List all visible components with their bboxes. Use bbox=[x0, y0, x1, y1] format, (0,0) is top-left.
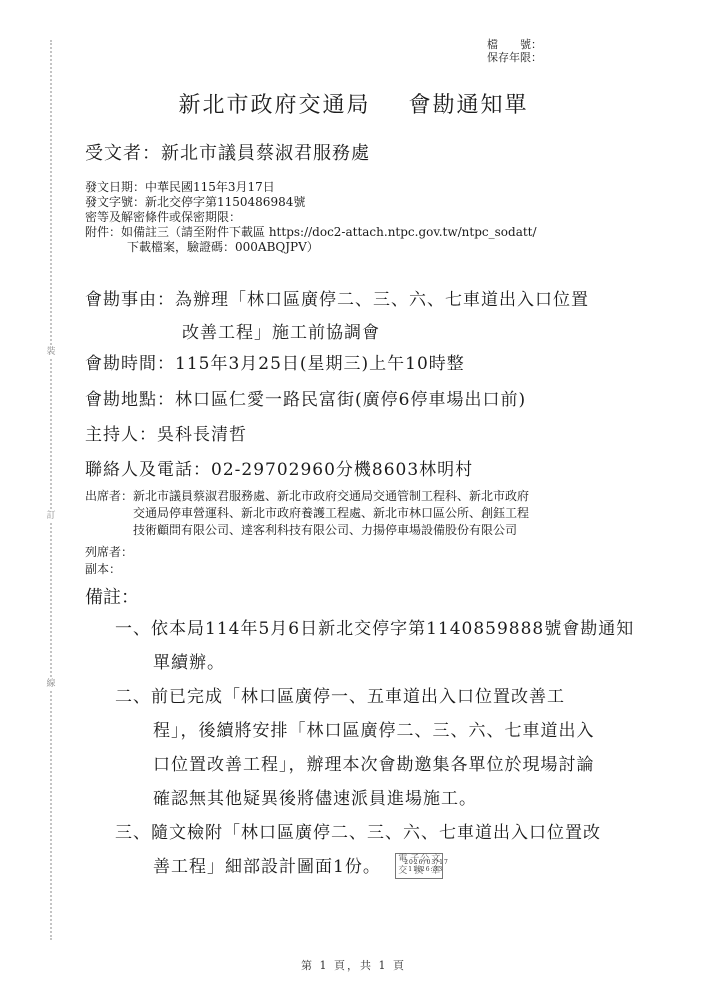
note-3-line-2: 善工程」細部設計圖面1份。 bbox=[153, 857, 381, 877]
attendees: 出席者： 新北市議員蔡淑君服務處、新北市政府交通局交通管制工程科、新北市政府 交… bbox=[85, 488, 625, 539]
inspection-location: 會勘地點：林口區仁愛一路民富街(廣停6停車場出口前) bbox=[85, 385, 526, 410]
note-item-2: 二、前已完成「林口區廣停一、五車道出入口位置改善工 程」，後續將安排「林口區廣停… bbox=[115, 680, 635, 816]
note-item-3: 三、隨文檢附「林口區廣停二、三、六、七車道出入口位置改 善工程」細部設計圖面1份… bbox=[115, 816, 635, 884]
contact: 聯絡人及電話：02-29702960分機8603林明村 bbox=[85, 455, 473, 480]
observers-label: 列席者： bbox=[85, 543, 133, 560]
subject-line-2: 改善工程」施工前協調會 bbox=[85, 318, 589, 343]
attendees-line-2: 交通局停車營運科、新北市政府養護工程處、新北市林口區公所、創鈺工程 bbox=[133, 505, 625, 522]
attachment-line-1: 附件：如備註三（請至附件下載區 https://doc2-attach.ntpc… bbox=[85, 225, 537, 240]
document-title: 新北市政府交通局會勘通知單 bbox=[0, 88, 707, 119]
note-2-line-4: 確認無其他疑異後將儘速派員進場施工。 bbox=[115, 782, 635, 816]
archive-info: 檔 號： 保存年限： bbox=[487, 38, 542, 64]
attachment-line-2: 下載檔案，驗證碼：000ABQJPV） bbox=[85, 240, 537, 255]
host: 主持人：吳科長清哲 bbox=[85, 420, 247, 445]
attendees-label: 出席者： bbox=[85, 488, 133, 505]
note-2-line-3: 口位置改善工程」，辦理本次會勘邀集各單位於現場討論 bbox=[115, 748, 635, 782]
notes-title: 備註： bbox=[85, 583, 139, 609]
inspection-time: 會勘時間：115年3月25日(星期三)上午10時整 bbox=[85, 349, 465, 374]
binding-mark-line: 線 bbox=[43, 678, 59, 690]
subject-label: 會勘事由： bbox=[85, 290, 175, 310]
retention-label: 保存年限： bbox=[487, 51, 542, 64]
document-number: 發文字號：新北交停字第1150486984號 bbox=[85, 195, 537, 210]
agency-name: 新北市政府交通局 bbox=[178, 93, 370, 118]
page-footer: 第 1 頁，共 1 頁 bbox=[0, 957, 707, 973]
classification: 密等及解密條件或保密期限： bbox=[85, 210, 537, 225]
binding-mark-staple: 訂 bbox=[43, 510, 59, 522]
note-2-line-1: 二、前已完成「林口區廣停一、五車道出入口位置改善工 bbox=[115, 680, 635, 714]
note-3-line-1: 三、隨文檢附「林口區廣停二、三、六、七車道出入口位置改 bbox=[115, 816, 635, 850]
note-1-line-1: 一、依本局114年5月6日新北交停字第1140859888號會勘通知 bbox=[115, 612, 635, 646]
inspection-subject: 會勘事由：為辦理「林口區廣停二、三、六、七車道出入口位置 改善工程」施工前協調會 bbox=[85, 285, 589, 343]
document-meta: 發文日期：中華民國115年3月17日 發文字號：新北交停字第1150486984… bbox=[85, 180, 537, 255]
note-2-line-2: 程」，後續將安排「林口區廣停二、三、六、七車道出入 bbox=[115, 714, 635, 748]
note-item-1: 一、依本局114年5月6日新北交停字第1140859888號會勘通知 單續辦。 bbox=[115, 612, 635, 680]
note-3-line-2-wrap: 善工程」細部設計圖面1份。 電 子 公 文 交 換 章 2026/03/17 1… bbox=[115, 850, 635, 884]
attendees-line-3: 技術顧問有限公司、達客利科技有限公司、力揚停車場設備股份有限公司 bbox=[133, 522, 625, 539]
binding-line bbox=[50, 40, 52, 940]
copy-label: 副本： bbox=[85, 560, 121, 577]
note-1-line-2: 單續辦。 bbox=[115, 646, 635, 680]
attendees-line-1: 新北市議員蔡淑君服務處、新北市政府交通局交通管制工程科、新北市政府 bbox=[133, 488, 625, 505]
file-number-label: 檔 號： bbox=[487, 38, 542, 51]
recipient: 受文者：新北市議員蔡淑君服務處 bbox=[85, 139, 370, 165]
binding-mark-bind: 裝 bbox=[43, 346, 59, 358]
issue-date: 發文日期：中華民國115年3月17日 bbox=[85, 180, 537, 195]
subject-line-1: 為辦理「林口區廣停二、三、六、七車道出入口位置 bbox=[175, 290, 589, 310]
e-document-exchange-stamp: 電 子 公 文 交 換 章 2026/03/17 11:26:33 bbox=[395, 853, 443, 879]
stamp-time: 11:26:33 bbox=[408, 864, 443, 875]
document-type: 會勘通知單 bbox=[409, 93, 529, 118]
